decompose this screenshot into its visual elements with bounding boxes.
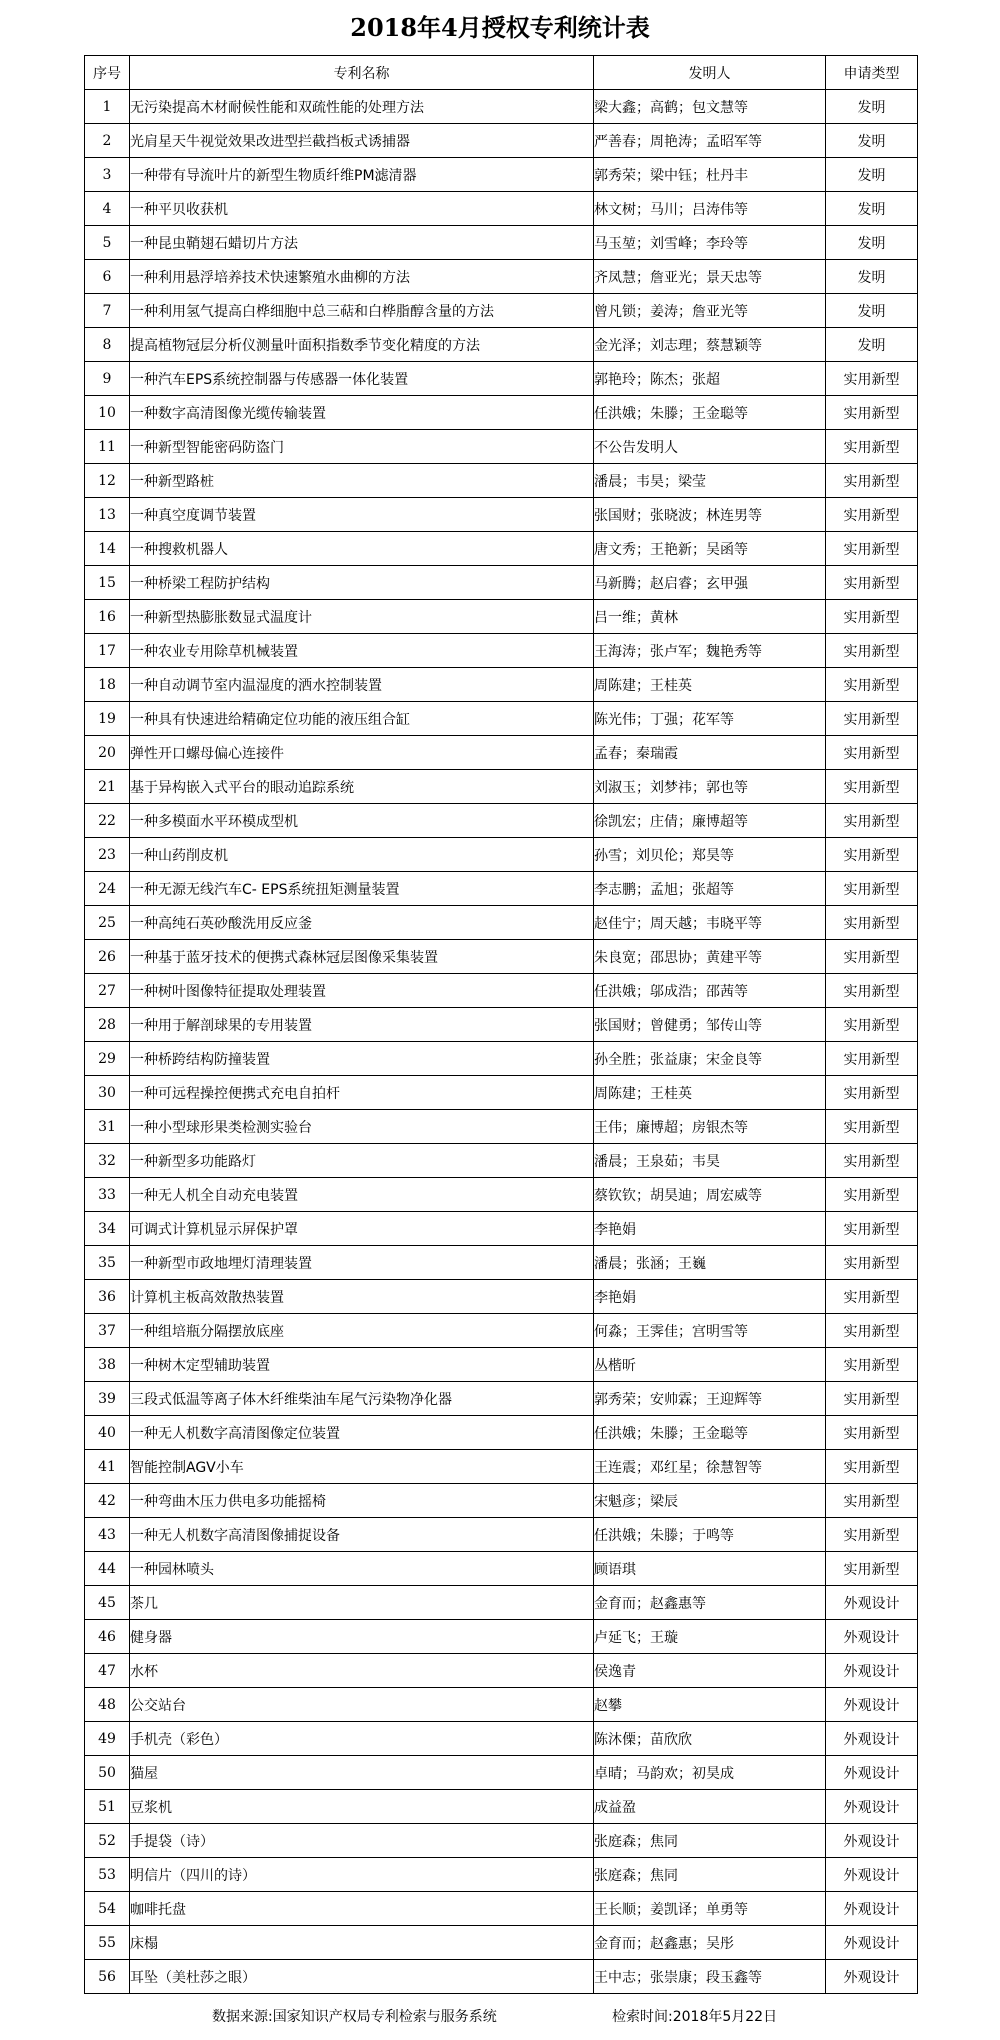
table-row: 44一种园林喷头顾语琪实用新型 (85, 1552, 918, 1586)
table-row: 42一种弯曲木压力供电多功能摇椅宋魁彦；梁辰实用新型 (85, 1484, 918, 1518)
cell-no: 5 (85, 226, 130, 260)
cell-patent-name: 一种桥梁工程防护结构 (130, 566, 594, 600)
table-header-row: 序号 专利名称 发明人 申请类型 (85, 56, 918, 90)
cell-inventors: 任洪娥；朱滕；王金聪等 (594, 1416, 826, 1450)
table-row: 17一种农业专用除草机械装置王海涛；张卢军；魏艳秀等实用新型 (85, 634, 918, 668)
cell-inventors: 王连震；邓红星；徐慧智等 (594, 1450, 826, 1484)
column-header-inventors: 发明人 (594, 56, 826, 90)
cell-inventors: 齐凤慧；詹亚光；景天忠等 (594, 260, 826, 294)
table-row: 55床榻金育而；赵鑫惠；吴彤外观设计 (85, 1926, 918, 1960)
cell-patent-name: 床榻 (130, 1926, 594, 1960)
cell-no: 22 (85, 804, 130, 838)
table-row: 2光肩星天牛视觉效果改进型拦截挡板式诱捕器严善春；周艳涛；孟昭军等发明 (85, 124, 918, 158)
cell-no: 49 (85, 1722, 130, 1756)
cell-no: 28 (85, 1008, 130, 1042)
cell-inventors: 何淼；王霁佳；宫明雪等 (594, 1314, 826, 1348)
cell-inventors: 孙雪；刘贝伦；郑昊等 (594, 838, 826, 872)
cell-inventors: 孙全胜；张益康；宋金良等 (594, 1042, 826, 1076)
cell-application-type: 实用新型 (826, 566, 918, 600)
table-body: 1无污染提高木材耐候性能和双疏性能的处理方法梁大鑫；高鹤；包文慧等发明2光肩星天… (85, 90, 918, 1994)
cell-application-type: 实用新型 (826, 872, 918, 906)
cell-patent-name: 耳坠（美杜莎之眼） (130, 1960, 594, 1994)
table-row: 26一种基于蓝牙技术的便携式森林冠层图像采集装置朱良宽；邵思协；黄建平等实用新型 (85, 940, 918, 974)
cell-inventors: 严善春；周艳涛；孟昭军等 (594, 124, 826, 158)
cell-application-type: 实用新型 (826, 1382, 918, 1416)
table-row: 56耳坠（美杜莎之眼）王中志；张崇康；段玉鑫等外观设计 (85, 1960, 918, 1994)
table-row: 15一种桥梁工程防护结构马新腾；赵启睿；玄甲强实用新型 (85, 566, 918, 600)
cell-inventors: 林文树；马川；吕涛伟等 (594, 192, 826, 226)
cell-inventors: 陈光伟；丁强；花军等 (594, 702, 826, 736)
cell-no: 32 (85, 1144, 130, 1178)
cell-application-type: 实用新型 (826, 1042, 918, 1076)
cell-no: 8 (85, 328, 130, 362)
table-row: 31一种小型球形果类检测实验台王伟；廉博超；房银杰等实用新型 (85, 1110, 918, 1144)
cell-inventors: 张国财；张晓波；林连男等 (594, 498, 826, 532)
cell-inventors: 卢延飞；王璇 (594, 1620, 826, 1654)
cell-no: 43 (85, 1518, 130, 1552)
table-row: 21基于异构嵌入式平台的眼动追踪系统刘淑玉；刘梦祎；郭也等实用新型 (85, 770, 918, 804)
table-row: 8提高植物冠层分析仪测量叶面积指数季节变化精度的方法金光泽；刘志理；蔡慧颖等发明 (85, 328, 918, 362)
cell-application-type: 实用新型 (826, 906, 918, 940)
cell-no: 47 (85, 1654, 130, 1688)
cell-no: 54 (85, 1892, 130, 1926)
cell-no: 2 (85, 124, 130, 158)
cell-patent-name: 一种桥跨结构防撞装置 (130, 1042, 594, 1076)
table-row: 54咖啡托盘王长顺；姜凯译；单勇等外观设计 (85, 1892, 918, 1926)
table-row: 20弹性开口螺母偏心连接件孟春；秦瑞霞实用新型 (85, 736, 918, 770)
table-row: 4一种平贝收获机林文树；马川；吕涛伟等发明 (85, 192, 918, 226)
retrieval-time-note: 检索时间:2018年5月22日 (612, 2006, 777, 2028)
cell-inventors: 刘淑玉；刘梦祎；郭也等 (594, 770, 826, 804)
cell-no: 20 (85, 736, 130, 770)
cell-no: 45 (85, 1586, 130, 1620)
cell-no: 39 (85, 1382, 130, 1416)
table-row: 43一种无人机数字高清图像捕捉设备任洪娥；朱滕；于鸣等实用新型 (85, 1518, 918, 1552)
cell-application-type: 实用新型 (826, 532, 918, 566)
table-row: 49手机壳（彩色）陈沐傈；苗欣欣外观设计 (85, 1722, 918, 1756)
cell-patent-name: 水杯 (130, 1654, 594, 1688)
cell-patent-name: 咖啡托盘 (130, 1892, 594, 1926)
cell-inventors: 金光泽；刘志理；蔡慧颖等 (594, 328, 826, 362)
cell-patent-name: 一种无人机全自动充电装置 (130, 1178, 594, 1212)
table-row: 51豆浆机成益盈外观设计 (85, 1790, 918, 1824)
cell-inventors: 蔡钦钦；胡昊迪；周宏威等 (594, 1178, 826, 1212)
cell-application-type: 实用新型 (826, 1484, 918, 1518)
cell-inventors: 王伟；廉博超；房银杰等 (594, 1110, 826, 1144)
footer: 数据来源:国家知识产权局专利检索与服务系统 检索时间:2018年5月22日 (0, 2006, 1000, 2028)
cell-no: 30 (85, 1076, 130, 1110)
cell-application-type: 实用新型 (826, 498, 918, 532)
cell-application-type: 外观设计 (826, 1790, 918, 1824)
cell-patent-name: 豆浆机 (130, 1790, 594, 1824)
cell-inventors: 金育而；赵鑫惠等 (594, 1586, 826, 1620)
cell-application-type: 外观设计 (826, 1586, 918, 1620)
cell-inventors: 李艳娟 (594, 1212, 826, 1246)
cell-patent-name: 一种无人机数字高清图像定位装置 (130, 1416, 594, 1450)
cell-no: 25 (85, 906, 130, 940)
table-row: 3一种带有导流叶片的新型生物质纤维PM滤清器郭秀荣；梁中钰；杜丹丰发明 (85, 158, 918, 192)
cell-patent-name: 三段式低温等离子体木纤维柴油车尾气污染物净化器 (130, 1382, 594, 1416)
cell-patent-name: 基于异构嵌入式平台的眼动追踪系统 (130, 770, 594, 804)
cell-no: 35 (85, 1246, 130, 1280)
cell-patent-name: 可调式计算机显示屏保护罩 (130, 1212, 594, 1246)
cell-inventors: 吕一维；黄林 (594, 600, 826, 634)
cell-no: 42 (85, 1484, 130, 1518)
cell-application-type: 实用新型 (826, 838, 918, 872)
cell-application-type: 实用新型 (826, 1212, 918, 1246)
cell-patent-name: 一种无人机数字高清图像捕捉设备 (130, 1518, 594, 1552)
cell-patent-name: 一种带有导流叶片的新型生物质纤维PM滤清器 (130, 158, 594, 192)
patent-table: 序号 专利名称 发明人 申请类型 1无污染提高木材耐候性能和双疏性能的处理方法梁… (84, 55, 918, 1994)
cell-patent-name: 一种自动调节室内温湿度的洒水控制装置 (130, 668, 594, 702)
cell-inventors: 任洪娥；朱滕；王金聪等 (594, 396, 826, 430)
cell-application-type: 发明 (826, 124, 918, 158)
cell-patent-name: 一种汽车EPS系统控制器与传感器一体化装置 (130, 362, 594, 396)
table-row: 46健身器卢延飞；王璇外观设计 (85, 1620, 918, 1654)
cell-patent-name: 一种弯曲木压力供电多功能摇椅 (130, 1484, 594, 1518)
table-row: 35一种新型市政地埋灯清理装置潘晨；张涵；王巍实用新型 (85, 1246, 918, 1280)
cell-application-type: 外观设计 (826, 1960, 918, 1994)
table-row: 36计算机主板高效散热装置李艳娟实用新型 (85, 1280, 918, 1314)
cell-patent-name: 一种新型路桩 (130, 464, 594, 498)
table-row: 53明信片（四川的诗）张庭森；焦同外观设计 (85, 1858, 918, 1892)
cell-patent-name: 无污染提高木材耐候性能和双疏性能的处理方法 (130, 90, 594, 124)
cell-inventors: 陈沐傈；苗欣欣 (594, 1722, 826, 1756)
cell-application-type: 实用新型 (826, 770, 918, 804)
cell-inventors: 唐文秀；王艳新；吴函等 (594, 532, 826, 566)
cell-no: 15 (85, 566, 130, 600)
table-row: 47水杯侯逸青外观设计 (85, 1654, 918, 1688)
cell-patent-name: 一种小型球形果类检测实验台 (130, 1110, 594, 1144)
cell-inventors: 赵佳宁；周天越；韦晓平等 (594, 906, 826, 940)
cell-application-type: 实用新型 (826, 702, 918, 736)
cell-no: 52 (85, 1824, 130, 1858)
cell-patent-name: 一种新型智能密码防盗门 (130, 430, 594, 464)
column-header-no: 序号 (85, 56, 130, 90)
cell-inventors: 张国财；曾健勇；邹传山等 (594, 1008, 826, 1042)
cell-patent-name: 一种昆虫鞘翅石蜡切片方法 (130, 226, 594, 260)
table-row: 29一种桥跨结构防撞装置孙全胜；张益康；宋金良等实用新型 (85, 1042, 918, 1076)
cell-no: 16 (85, 600, 130, 634)
cell-patent-name: 一种山药削皮机 (130, 838, 594, 872)
cell-no: 46 (85, 1620, 130, 1654)
cell-application-type: 实用新型 (826, 1076, 918, 1110)
cell-application-type: 实用新型 (826, 940, 918, 974)
cell-inventors: 任洪娥；朱滕；于鸣等 (594, 1518, 826, 1552)
cell-no: 29 (85, 1042, 130, 1076)
cell-application-type: 外观设计 (826, 1620, 918, 1654)
table-row: 27一种树叶图像特征提取处理装置任洪娥；邬成浩；邵茜等实用新型 (85, 974, 918, 1008)
cell-no: 23 (85, 838, 130, 872)
cell-application-type: 实用新型 (826, 464, 918, 498)
cell-application-type: 实用新型 (826, 1280, 918, 1314)
cell-patent-name: 一种基于蓝牙技术的便携式森林冠层图像采集装置 (130, 940, 594, 974)
cell-patent-name: 公交站台 (130, 1688, 594, 1722)
cell-application-type: 外观设计 (826, 1892, 918, 1926)
cell-application-type: 实用新型 (826, 1110, 918, 1144)
cell-inventors: 赵攀 (594, 1688, 826, 1722)
cell-application-type: 发明 (826, 328, 918, 362)
cell-no: 6 (85, 260, 130, 294)
table-row: 33一种无人机全自动充电装置蔡钦钦；胡昊迪；周宏威等实用新型 (85, 1178, 918, 1212)
table-row: 37一种组培瓶分隔摆放底座何淼；王霁佳；宫明雪等实用新型 (85, 1314, 918, 1348)
cell-patent-name: 弹性开口螺母偏心连接件 (130, 736, 594, 770)
cell-application-type: 实用新型 (826, 1008, 918, 1042)
table-row: 16一种新型热膨胀数显式温度计吕一维；黄林实用新型 (85, 600, 918, 634)
table-row: 1无污染提高木材耐候性能和双疏性能的处理方法梁大鑫；高鹤；包文慧等发明 (85, 90, 918, 124)
cell-application-type: 实用新型 (826, 600, 918, 634)
cell-patent-name: 一种园林喷头 (130, 1552, 594, 1586)
cell-no: 1 (85, 90, 130, 124)
table-row: 40一种无人机数字高清图像定位装置任洪娥；朱滕；王金聪等实用新型 (85, 1416, 918, 1450)
cell-inventors: 潘晨；王泉茹；韦昊 (594, 1144, 826, 1178)
table-row: 50猫屋卓晴；马韵欢；初昊成外观设计 (85, 1756, 918, 1790)
cell-application-type: 实用新型 (826, 1246, 918, 1280)
cell-application-type: 外观设计 (826, 1722, 918, 1756)
cell-application-type: 实用新型 (826, 362, 918, 396)
table-row: 30一种可远程操控便携式充电自拍杆周陈建；王桂英实用新型 (85, 1076, 918, 1110)
cell-no: 13 (85, 498, 130, 532)
cell-inventors: 王长顺；姜凯译；单勇等 (594, 1892, 826, 1926)
column-header-type: 申请类型 (826, 56, 918, 90)
cell-patent-name: 明信片（四川的诗） (130, 1858, 594, 1892)
table-row: 32一种新型多功能路灯潘晨；王泉茹；韦昊实用新型 (85, 1144, 918, 1178)
cell-no: 44 (85, 1552, 130, 1586)
cell-application-type: 发明 (826, 260, 918, 294)
cell-application-type: 外观设计 (826, 1926, 918, 1960)
table-row: 13一种真空度调节装置张国财；张晓波；林连男等实用新型 (85, 498, 918, 532)
cell-application-type: 实用新型 (826, 1450, 918, 1484)
table-row: 34可调式计算机显示屏保护罩李艳娟实用新型 (85, 1212, 918, 1246)
cell-no: 9 (85, 362, 130, 396)
cell-no: 11 (85, 430, 130, 464)
cell-application-type: 实用新型 (826, 1552, 918, 1586)
cell-inventors: 任洪娥；邬成浩；邵茜等 (594, 974, 826, 1008)
cell-no: 34 (85, 1212, 130, 1246)
cell-application-type: 实用新型 (826, 1348, 918, 1382)
cell-patent-name: 提高植物冠层分析仪测量叶面积指数季节变化精度的方法 (130, 328, 594, 362)
cell-no: 55 (85, 1926, 130, 1960)
cell-patent-name: 一种用于解剖球果的专用装置 (130, 1008, 594, 1042)
cell-inventors: 李艳娟 (594, 1280, 826, 1314)
table-row: 28一种用于解剖球果的专用装置张国财；曾健勇；邹传山等实用新型 (85, 1008, 918, 1042)
cell-application-type: 实用新型 (826, 1518, 918, 1552)
cell-patent-name: 一种农业专用除草机械装置 (130, 634, 594, 668)
table-row: 5一种昆虫鞘翅石蜡切片方法马玉堃；刘雪峰；李玲等发明 (85, 226, 918, 260)
cell-application-type: 发明 (826, 226, 918, 260)
page-title: 2018年4月授权专利统计表 (0, 12, 1000, 44)
cell-application-type: 外观设计 (826, 1654, 918, 1688)
cell-inventors: 丛楷昕 (594, 1348, 826, 1382)
cell-patent-name: 光肩星天牛视觉效果改进型拦截挡板式诱捕器 (130, 124, 594, 158)
table-row: 52手提袋（诗）张庭森；焦同外观设计 (85, 1824, 918, 1858)
cell-no: 37 (85, 1314, 130, 1348)
table-row: 23一种山药削皮机孙雪；刘贝伦；郑昊等实用新型 (85, 838, 918, 872)
cell-application-type: 实用新型 (826, 634, 918, 668)
cell-inventors: 郭秀荣；梁中钰；杜丹丰 (594, 158, 826, 192)
cell-application-type: 外观设计 (826, 1858, 918, 1892)
cell-inventors: 潘晨；张涵；王巍 (594, 1246, 826, 1280)
cell-inventors: 梁大鑫；高鹤；包文慧等 (594, 90, 826, 124)
cell-inventors: 成益盈 (594, 1790, 826, 1824)
cell-application-type: 外观设计 (826, 1756, 918, 1790)
table-row: 45茶几金育而；赵鑫惠等外观设计 (85, 1586, 918, 1620)
cell-no: 33 (85, 1178, 130, 1212)
cell-application-type: 外观设计 (826, 1688, 918, 1722)
cell-patent-name: 茶几 (130, 1586, 594, 1620)
cell-application-type: 实用新型 (826, 804, 918, 838)
cell-no: 36 (85, 1280, 130, 1314)
cell-patent-name: 一种真空度调节装置 (130, 498, 594, 532)
cell-patent-name: 一种新型热膨胀数显式温度计 (130, 600, 594, 634)
cell-patent-name: 一种可远程操控便携式充电自拍杆 (130, 1076, 594, 1110)
cell-inventors: 金育而；赵鑫惠；吴彤 (594, 1926, 826, 1960)
table-row: 12一种新型路桩潘晨；韦昊；梁莹实用新型 (85, 464, 918, 498)
cell-inventors: 周陈建；王桂英 (594, 668, 826, 702)
cell-application-type: 发明 (826, 158, 918, 192)
cell-no: 19 (85, 702, 130, 736)
cell-inventors: 王海涛；张卢军；魏艳秀等 (594, 634, 826, 668)
cell-inventors: 王中志；张崇康；段玉鑫等 (594, 1960, 826, 1994)
cell-inventors: 曾凡锁；姜涛；詹亚光等 (594, 294, 826, 328)
cell-no: 50 (85, 1756, 130, 1790)
cell-inventors: 马新腾；赵启睿；玄甲强 (594, 566, 826, 600)
cell-patent-name: 一种树叶图像特征提取处理装置 (130, 974, 594, 1008)
cell-application-type: 实用新型 (826, 974, 918, 1008)
data-source-note: 数据来源:国家知识产权局专利检索与服务系统 (212, 2006, 497, 2028)
cell-no: 31 (85, 1110, 130, 1144)
cell-application-type: 实用新型 (826, 736, 918, 770)
cell-application-type: 发明 (826, 294, 918, 328)
table-row: 10一种数字高清图像光缆传输装置任洪娥；朱滕；王金聪等实用新型 (85, 396, 918, 430)
cell-application-type: 发明 (826, 192, 918, 226)
cell-patent-name: 一种数字高清图像光缆传输装置 (130, 396, 594, 430)
table-row: 18一种自动调节室内温湿度的洒水控制装置周陈建；王桂英实用新型 (85, 668, 918, 702)
cell-no: 21 (85, 770, 130, 804)
cell-inventors: 郭艳玲；陈杰；张超 (594, 362, 826, 396)
cell-application-type: 实用新型 (826, 396, 918, 430)
cell-patent-name: 一种组培瓶分隔摆放底座 (130, 1314, 594, 1348)
table-row: 11一种新型智能密码防盗门不公告发明人实用新型 (85, 430, 918, 464)
cell-application-type: 实用新型 (826, 668, 918, 702)
cell-inventors: 郭秀荣；安帅霖；王迎辉等 (594, 1382, 826, 1416)
table-row: 48公交站台赵攀外观设计 (85, 1688, 918, 1722)
cell-no: 10 (85, 396, 130, 430)
cell-inventors: 顾语琪 (594, 1552, 826, 1586)
cell-inventors: 徐凯宏；庄倩；廉博超等 (594, 804, 826, 838)
table-row: 14一种搜救机器人唐文秀；王艳新；吴函等实用新型 (85, 532, 918, 566)
cell-no: 27 (85, 974, 130, 1008)
table-row: 9一种汽车EPS系统控制器与传感器一体化装置郭艳玲；陈杰；张超实用新型 (85, 362, 918, 396)
cell-patent-name: 一种高纯石英砂酸洗用反应釜 (130, 906, 594, 940)
cell-no: 12 (85, 464, 130, 498)
column-header-name: 专利名称 (130, 56, 594, 90)
cell-patent-name: 一种利用氢气提高白桦细胞中总三萜和白桦脂醇含量的方法 (130, 294, 594, 328)
cell-no: 41 (85, 1450, 130, 1484)
cell-no: 51 (85, 1790, 130, 1824)
table-row: 22一种多模面水平环模成型机徐凯宏；庄倩；廉博超等实用新型 (85, 804, 918, 838)
cell-patent-name: 一种平贝收获机 (130, 192, 594, 226)
cell-patent-name: 智能控制AGV小车 (130, 1450, 594, 1484)
cell-no: 56 (85, 1960, 130, 1994)
cell-patent-name: 一种树木定型辅助装置 (130, 1348, 594, 1382)
cell-patent-name: 一种新型市政地埋灯清理装置 (130, 1246, 594, 1280)
cell-application-type: 实用新型 (826, 1178, 918, 1212)
cell-no: 38 (85, 1348, 130, 1382)
cell-inventors: 卓晴；马韵欢；初昊成 (594, 1756, 826, 1790)
cell-application-type: 发明 (826, 90, 918, 124)
cell-inventors: 孟春；秦瑞霞 (594, 736, 826, 770)
cell-no: 53 (85, 1858, 130, 1892)
table-row: 39三段式低温等离子体木纤维柴油车尾气污染物净化器郭秀荣；安帅霖；王迎辉等实用新… (85, 1382, 918, 1416)
cell-patent-name: 一种利用悬浮培养技术快速繁殖水曲柳的方法 (130, 260, 594, 294)
cell-inventors: 李志鹏；孟旭；张超等 (594, 872, 826, 906)
cell-patent-name: 手机壳（彩色） (130, 1722, 594, 1756)
table-row: 6一种利用悬浮培养技术快速繁殖水曲柳的方法齐凤慧；詹亚光；景天忠等发明 (85, 260, 918, 294)
cell-no: 26 (85, 940, 130, 974)
cell-inventors: 侯逸青 (594, 1654, 826, 1688)
cell-application-type: 实用新型 (826, 430, 918, 464)
cell-patent-name: 手提袋（诗） (130, 1824, 594, 1858)
cell-application-type: 实用新型 (826, 1314, 918, 1348)
cell-inventors: 马玉堃；刘雪峰；李玲等 (594, 226, 826, 260)
cell-patent-name: 计算机主板高效散热装置 (130, 1280, 594, 1314)
cell-patent-name: 猫屋 (130, 1756, 594, 1790)
table-row: 19一种具有快速进给精确定位功能的液压组合缸陈光伟；丁强；花军等实用新型 (85, 702, 918, 736)
cell-application-type: 实用新型 (826, 1144, 918, 1178)
table-row: 7一种利用氢气提高白桦细胞中总三萜和白桦脂醇含量的方法曾凡锁；姜涛；詹亚光等发明 (85, 294, 918, 328)
cell-no: 18 (85, 668, 130, 702)
cell-inventors: 张庭森；焦同 (594, 1858, 826, 1892)
cell-inventors: 不公告发明人 (594, 430, 826, 464)
cell-no: 17 (85, 634, 130, 668)
cell-inventors: 宋魁彦；梁辰 (594, 1484, 826, 1518)
cell-patent-name: 健身器 (130, 1620, 594, 1654)
cell-no: 3 (85, 158, 130, 192)
cell-no: 14 (85, 532, 130, 566)
cell-patent-name: 一种无源无线汽车C- EPS系统扭矩测量装置 (130, 872, 594, 906)
cell-no: 40 (85, 1416, 130, 1450)
cell-no: 24 (85, 872, 130, 906)
cell-no: 4 (85, 192, 130, 226)
table-row: 41智能控制AGV小车王连震；邓红星；徐慧智等实用新型 (85, 1450, 918, 1484)
cell-inventors: 周陈建；王桂英 (594, 1076, 826, 1110)
table-row: 38一种树木定型辅助装置丛楷昕实用新型 (85, 1348, 918, 1382)
cell-no: 7 (85, 294, 130, 328)
cell-application-type: 外观设计 (826, 1824, 918, 1858)
cell-patent-name: 一种新型多功能路灯 (130, 1144, 594, 1178)
cell-inventors: 潘晨；韦昊；梁莹 (594, 464, 826, 498)
cell-patent-name: 一种具有快速进给精确定位功能的液压组合缸 (130, 702, 594, 736)
cell-patent-name: 一种多模面水平环模成型机 (130, 804, 594, 838)
table-row: 25一种高纯石英砂酸洗用反应釜赵佳宁；周天越；韦晓平等实用新型 (85, 906, 918, 940)
cell-patent-name: 一种搜救机器人 (130, 532, 594, 566)
table-row: 24一种无源无线汽车C- EPS系统扭矩测量装置李志鹏；孟旭；张超等实用新型 (85, 872, 918, 906)
cell-no: 48 (85, 1688, 130, 1722)
cell-inventors: 张庭森；焦同 (594, 1824, 826, 1858)
cell-application-type: 实用新型 (826, 1416, 918, 1450)
cell-inventors: 朱良宽；邵思协；黄建平等 (594, 940, 826, 974)
